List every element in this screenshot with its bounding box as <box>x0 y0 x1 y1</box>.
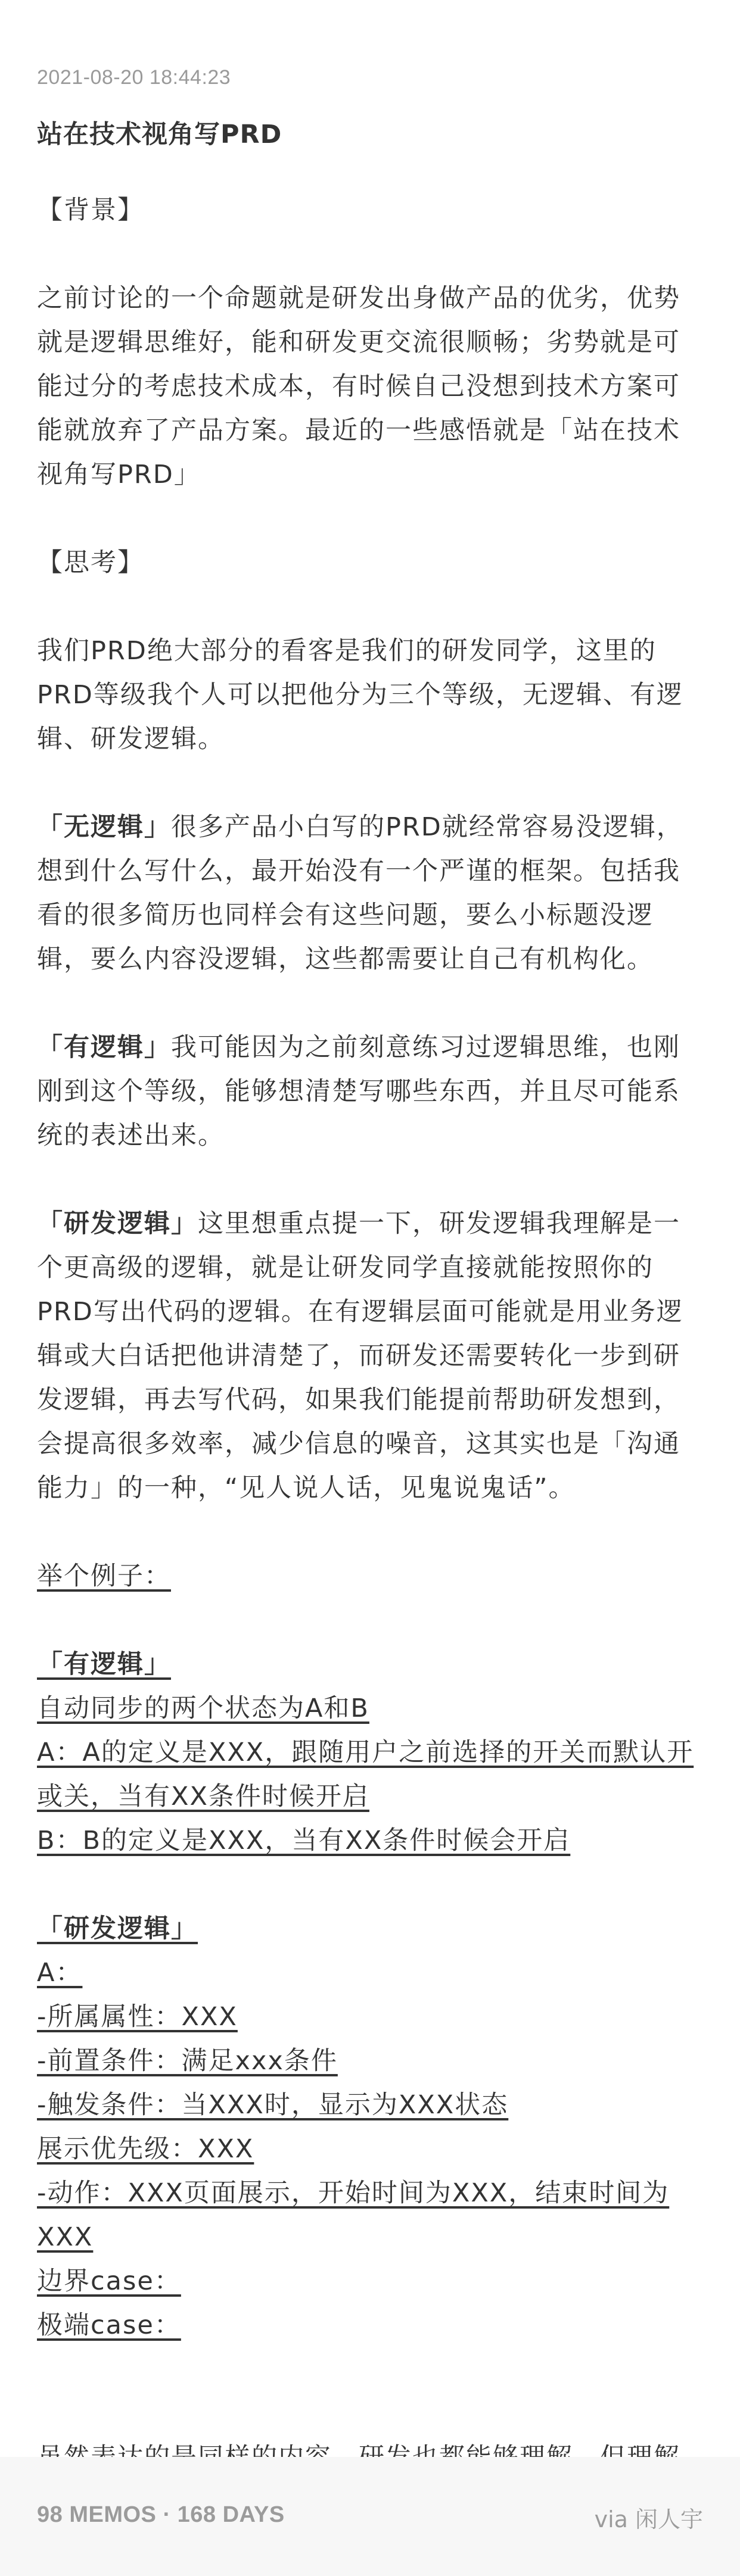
background-paragraph: 之前讨论的一个命题就是研发出身做产品的优劣，优势就是逻辑思维好，能和研发更交流很… <box>37 276 703 497</box>
dev-logic-text: 这里想重点提一下，研发逻辑我理解是一个更高级的逻辑，就是让研发同学直接就能按照你… <box>37 1209 683 1503</box>
example-dev-logic-line: A： <box>37 1951 703 1995</box>
has-logic-label: 「有逻辑」 <box>37 1033 171 1062</box>
memo-content: 【背景】 之前讨论的一个命题就是研发出身做产品的优劣，优势就是逻辑思维好，能和研… <box>37 188 703 2568</box>
example-dev-logic-line: -前置条件：满足xxx条件 <box>37 2039 703 2083</box>
example-has-logic-line: A：A的定义是XXX，跟随用户之前选择的开关而默认开或关，当有XX条件时候开启 <box>37 1730 703 1819</box>
memo-stats: 98 MEMOS · 168 DAYS <box>37 2502 285 2528</box>
author-credit: via 闲人宇 <box>595 2501 703 2534</box>
example-dev-logic-line: -触发条件：当XXX时，显示为XXX状态 <box>37 2083 703 2127</box>
example-heading: 举个例子： <box>37 1554 703 1598</box>
example-dev-logic-line: 边界case： <box>37 2259 703 2303</box>
example-dev-logic-line: 极端case： <box>37 2303 703 2347</box>
background-heading: 【背景】 <box>37 188 703 232</box>
memo-timestamp: 2021-08-20 18:44:23 <box>37 64 703 91</box>
dev-logic-label: 「研发逻辑」 <box>37 1209 198 1239</box>
example-dev-logic-line: 展示优先级：XXX <box>37 2127 703 2171</box>
no-logic-paragraph: 「无逻辑」很多产品小白写的PRD就经常容易没逻辑，想到什么写什么，最开始没有一个… <box>37 805 703 981</box>
has-logic-paragraph: 「有逻辑」我可能因为之前刻意练习过逻辑思维，也刚刚到这个等级，能够想清楚写哪些东… <box>37 1025 703 1158</box>
dev-logic-paragraph: 「研发逻辑」这里想重点提一下，研发逻辑我理解是一个更高级的逻辑，就是让研发同学直… <box>37 1202 703 1510</box>
thinking-heading: 【思考】 <box>37 541 703 585</box>
example-dev-logic-line: -所属属性：XXX <box>37 1995 703 2039</box>
example-dev-logic-label: 「研发逻辑」 <box>37 1907 703 1951</box>
example-has-logic-label: 「有逻辑」 <box>37 1642 703 1686</box>
example-has-logic-line: B：B的定义是XXX，当有XX条件时候会开启 <box>37 1819 703 1863</box>
memo-title: 站在技术视角写PRD <box>37 117 703 152</box>
footer-bar: 98 MEMOS · 168 DAYS via 闲人宇 <box>0 2457 740 2576</box>
thinking-paragraph: 我们PRD绝大部分的看客是我们的研发同学，这里的PRD等级我个人可以把他分为三个… <box>37 629 703 761</box>
memo-card: 2021-08-20 18:44:23 站在技术视角写PRD 【背景】 之前讨论… <box>0 0 740 2568</box>
example-dev-logic-line: -动作：XXX页面展示，开始时间为XXX，结束时间为XXX <box>37 2171 703 2259</box>
no-logic-label: 「无逻辑」 <box>37 812 171 842</box>
example-has-logic-line: 自动同步的两个状态为A和B <box>37 1686 703 1730</box>
